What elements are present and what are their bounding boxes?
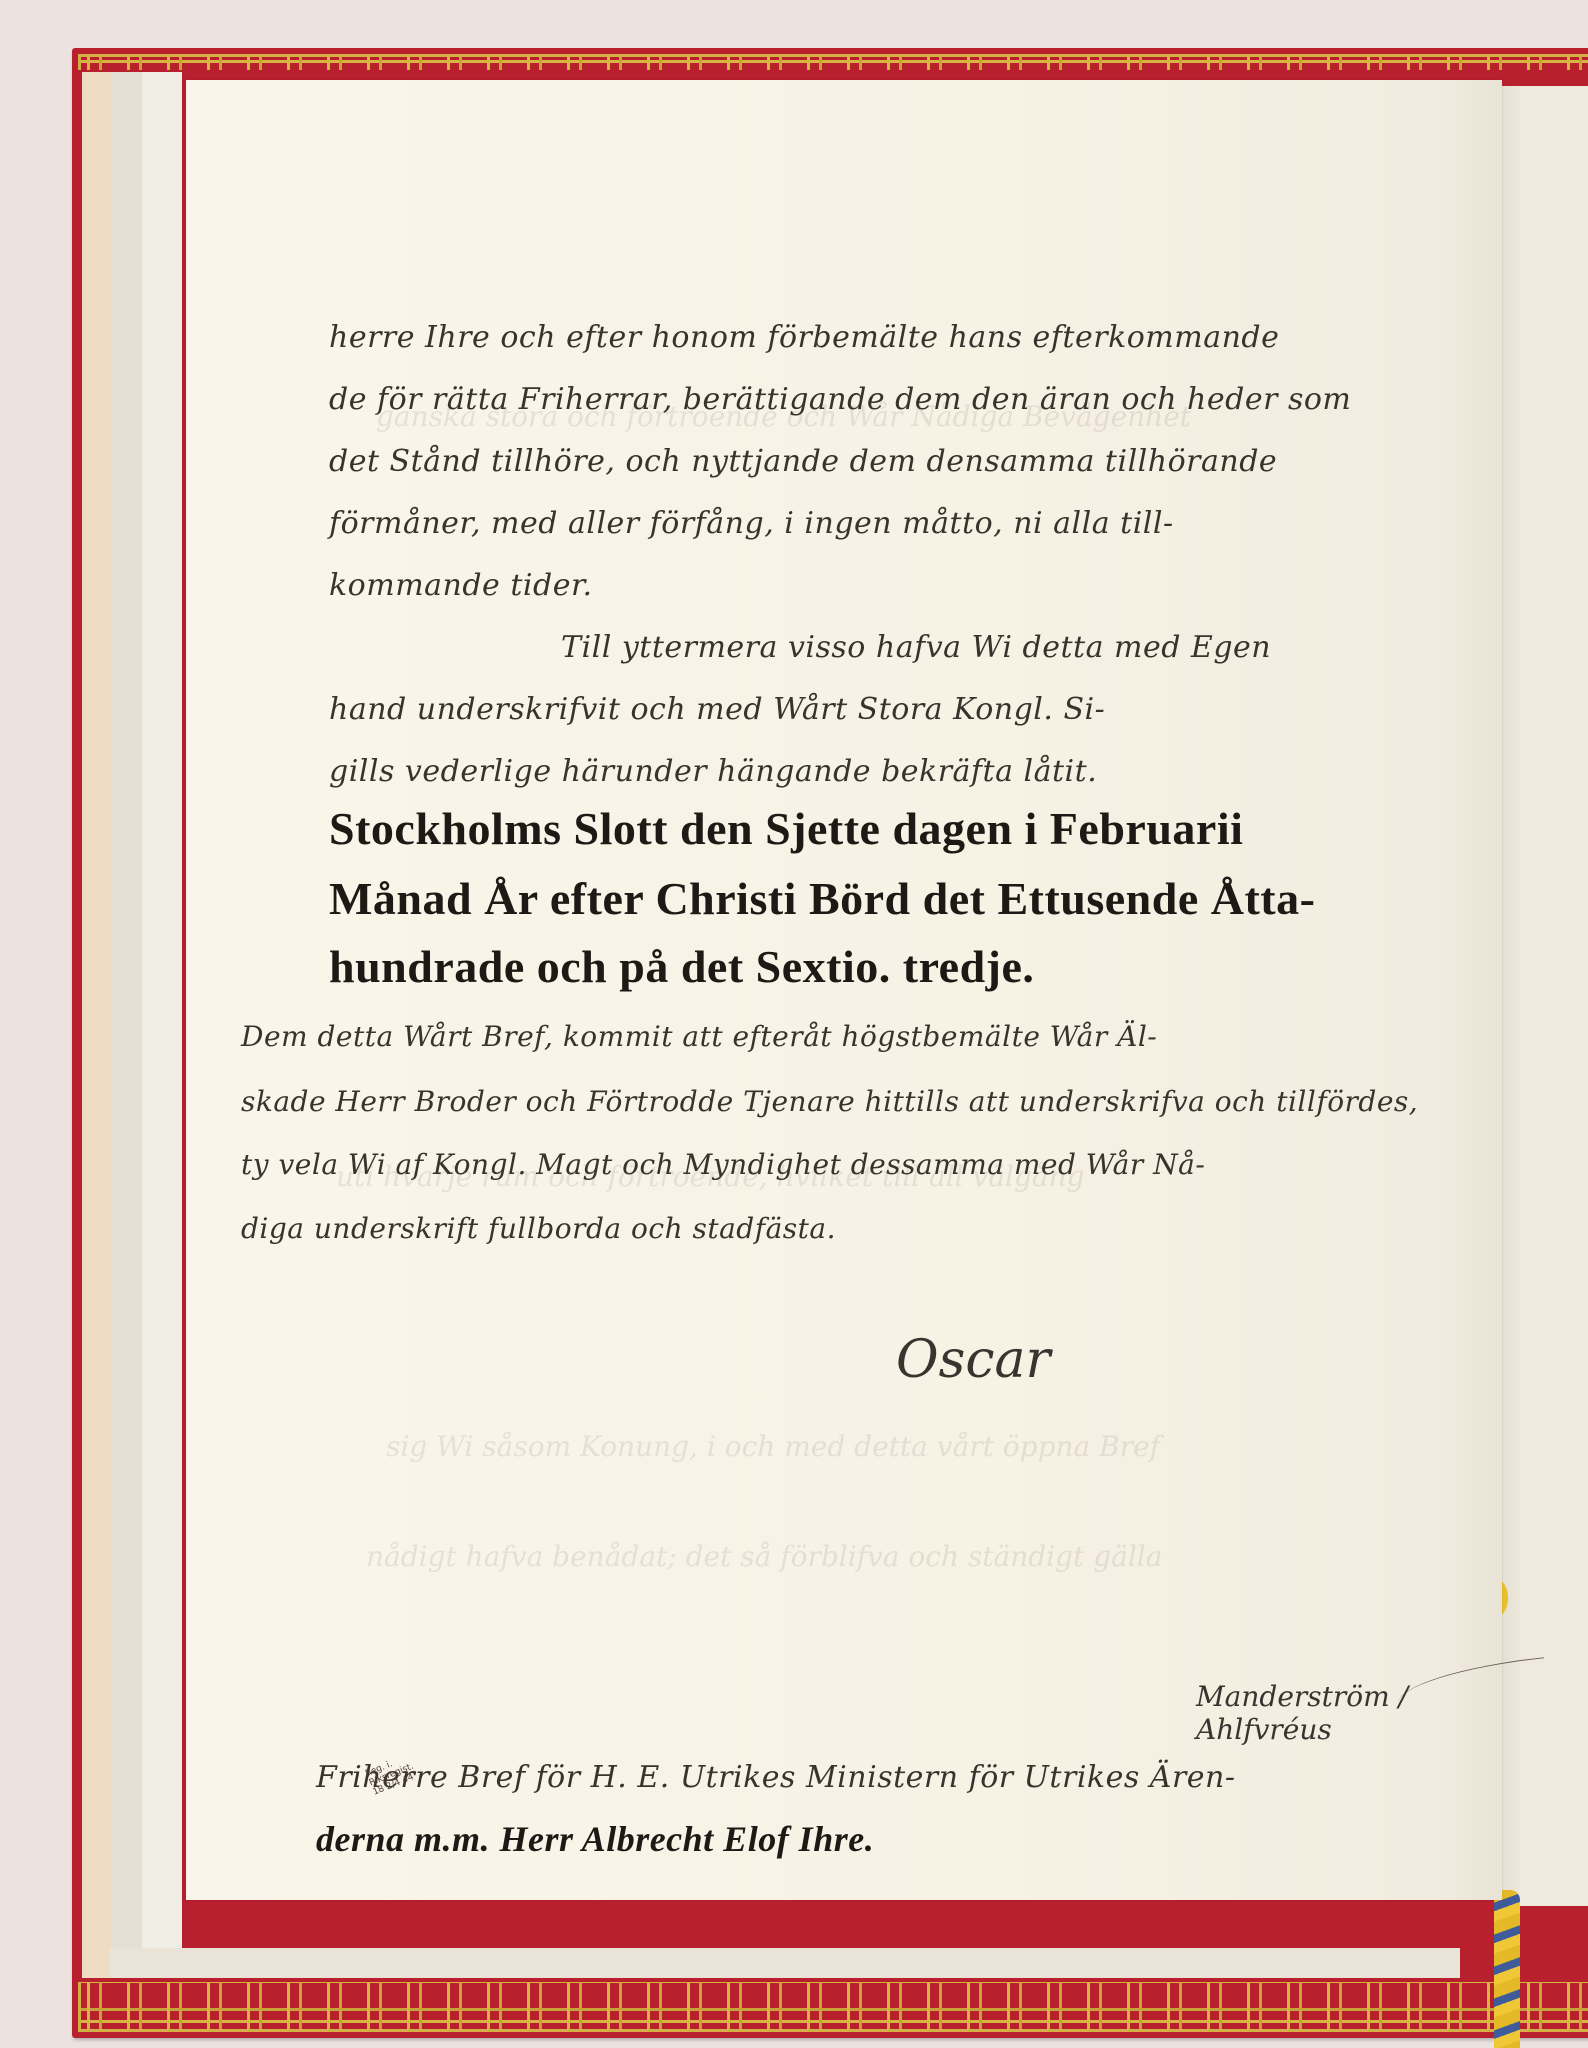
document-body: herre Ihre och efter honom förbemälte ha…: [186, 80, 1502, 1900]
body-line-3: det Stånd tillhöre, och nyttjande dem de…: [329, 444, 1277, 479]
seal-cord-ribbon: [1494, 1890, 1520, 2048]
king-signature: Oscar: [896, 1330, 1050, 1390]
body-line-1: herre Ihre och efter honom förbemälte ha…: [329, 320, 1279, 355]
body-line-6: Till yttermera visso hafva Wi detta med …: [561, 630, 1271, 665]
flyleaf-bottom-edge: [110, 1948, 1460, 1978]
body-line-7: hand underskrifvit och med Wårt Stora Ko…: [329, 692, 1105, 727]
document-page: ganska stora och förtroende och Wår Nådi…: [186, 80, 1502, 1900]
body-line-4: förmåner, med aller förfång, i ingen måt…: [329, 506, 1174, 541]
minister-signature: Manderström / Ahlfvréus: [1196, 1680, 1502, 1746]
body-line-year: Månad År efter Christi Börd det Ettusend…: [329, 872, 1315, 925]
footer-line-1: Friherre Bref för H. E. Utrikes Minister…: [316, 1760, 1236, 1795]
flyleaf-stack: [82, 72, 182, 1978]
footer-line-2: derna m.m. Herr Albrecht Elof Ihre.: [316, 1818, 874, 1860]
body-line-5: kommande tider.: [329, 568, 593, 603]
body-line-14: ty vela Wi af Kongl. Magt och Myndighet …: [241, 1148, 1205, 1181]
facing-page: [1502, 86, 1588, 1906]
body-line-12: Dem detta Wårt Bref, kommit att efteråt …: [241, 1020, 1157, 1053]
body-line-8: gills vederlige härunder hängande bekräf…: [329, 754, 1097, 789]
body-line-year-end: hundrade och på det Sextio. tredje.: [329, 940, 1034, 993]
body-line-place-date: Stockholms Slott den Sjette dagen i Febr…: [329, 802, 1243, 855]
body-line-15: diga underskrift fullborda och stadfästa…: [241, 1212, 836, 1245]
body-line-2: de för rätta Friherrar, berättigande dem…: [329, 382, 1351, 417]
body-line-13: skade Herr Broder och Förtrodde Tjenare …: [241, 1085, 1418, 1118]
